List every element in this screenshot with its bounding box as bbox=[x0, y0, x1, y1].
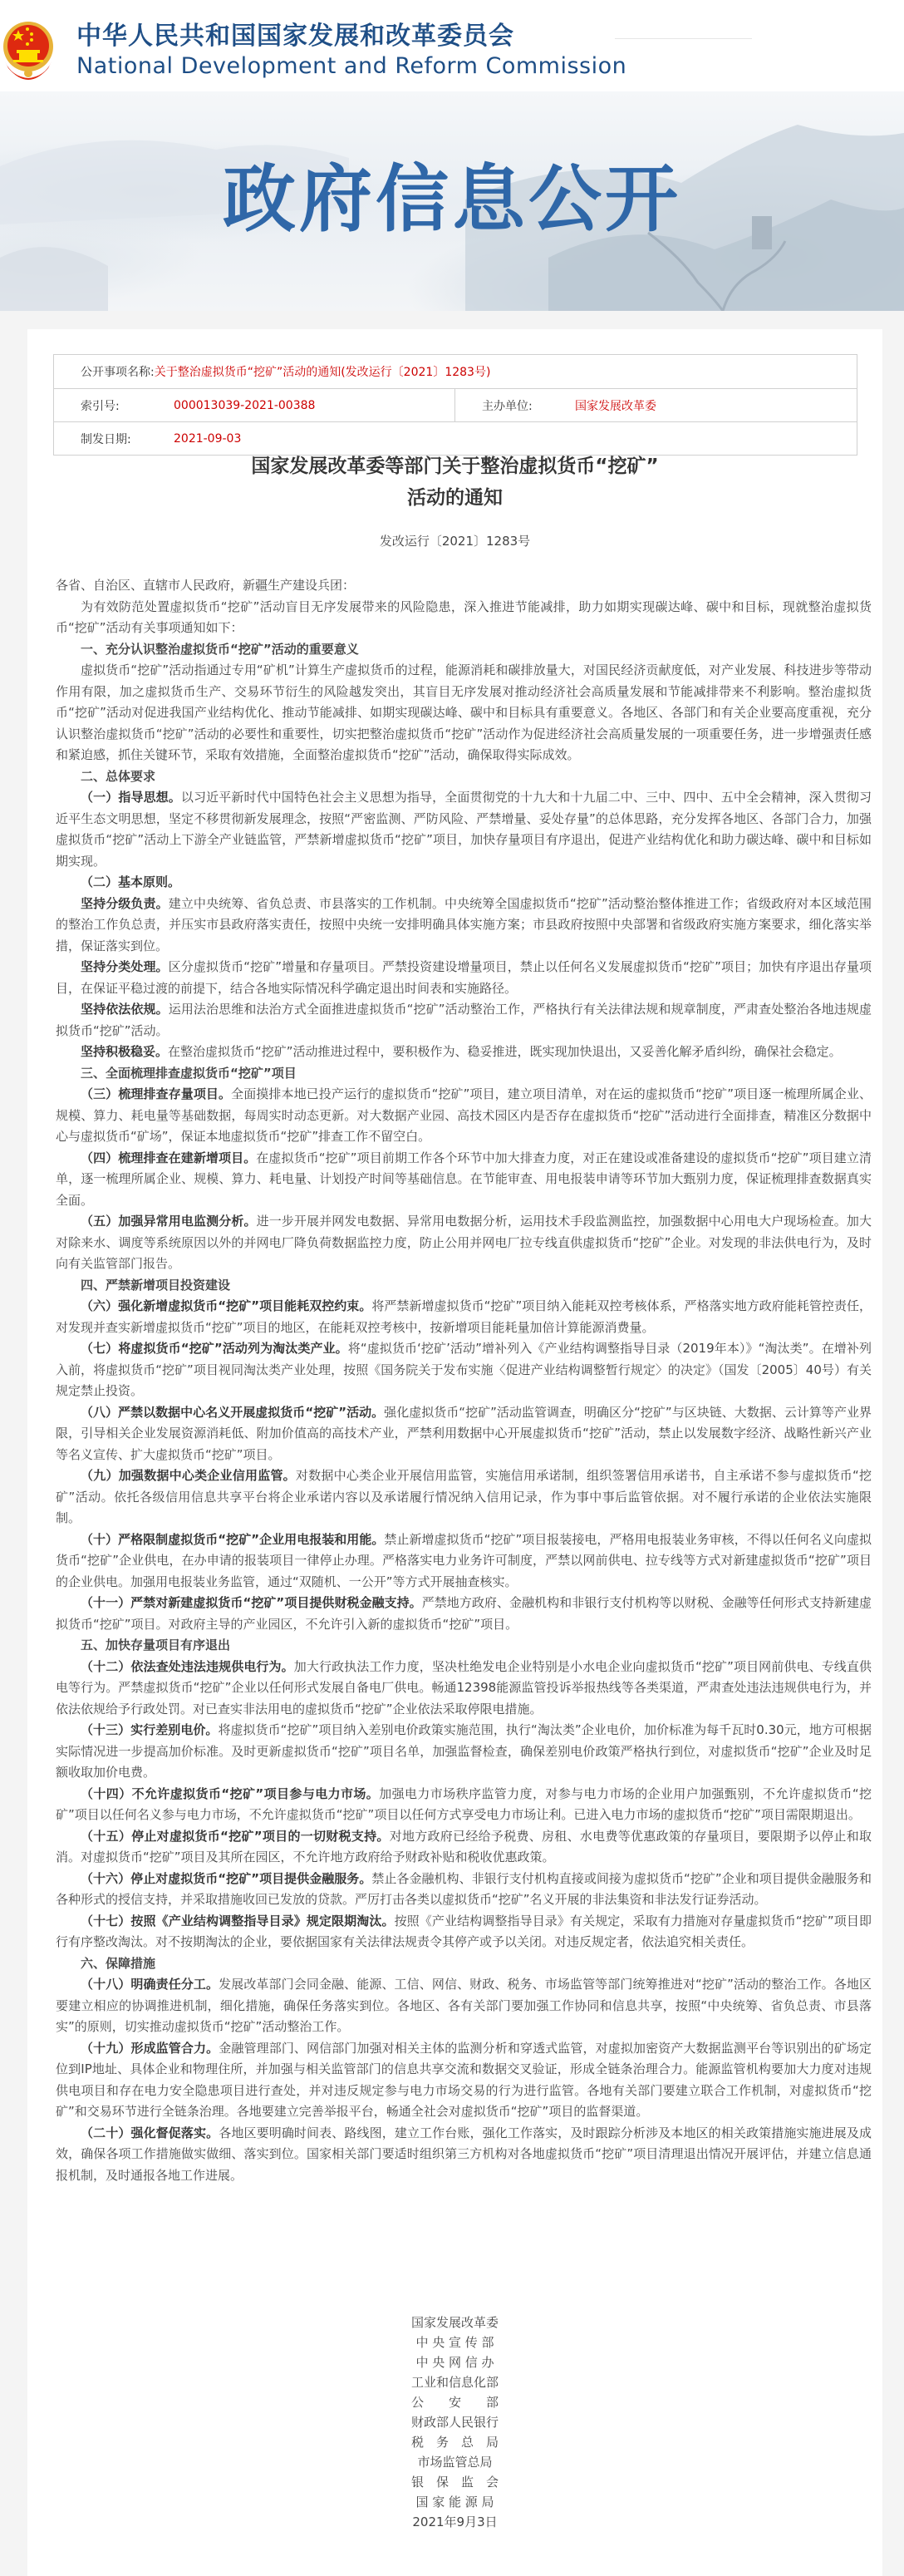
clause-12-lead: （十二）依法查处违法违规供电行为。 bbox=[81, 1659, 294, 1674]
index-label: 索引号: bbox=[81, 397, 174, 414]
section-3-heading: 三、全面梳理排查虚拟货币“挖矿”项目 bbox=[56, 1063, 872, 1085]
section-5-heading: 五、加快存量项目有序退出 bbox=[56, 1635, 872, 1657]
principle-d-text: 在整治虚拟货币“挖矿”活动推进过程中，要积极作为、稳妥推进，既实现加快退出，又妥… bbox=[168, 1044, 842, 1059]
clause-17-lead: （十七）按照《产业结构调整指导目录》规定限期淘汰。 bbox=[81, 1914, 395, 1928]
clause-9: （九）加强数据中心类企业信用监管。对数据中心类企业开展信用监管，实施信用承诺制，… bbox=[56, 1465, 872, 1529]
clause-10-lead: （十）严格限制虚拟货币“挖矿”企业用电报装和用能。 bbox=[81, 1532, 384, 1547]
clause-11: （十一）严禁对新建虚拟货币“挖矿”项目提供财税金融支持。严禁地方政府、金融机构和… bbox=[56, 1593, 872, 1635]
org-name-english: National Development and Reform Commissi… bbox=[76, 53, 626, 79]
clause-2: （二）基本原则。 bbox=[56, 872, 872, 894]
clause-1: （一）指导思想。以习近平新时代中国特色社会主义思想为指导，全面贯彻党的十九大和十… bbox=[56, 787, 872, 872]
principle-c-lead: 坚持依法依规。 bbox=[81, 1002, 169, 1017]
clause-13-lead: （十三）实行差别电价。 bbox=[81, 1722, 218, 1737]
hero-banner: 政府信息公开 bbox=[0, 91, 904, 311]
clause-7: （七）将虚拟货币“挖矿”活动列为淘汰类产业。将“虚拟货币‘挖矿’活动”增补列入《… bbox=[56, 1338, 872, 1402]
clause-5-lead: （五）加强异常用电监测分析。 bbox=[81, 1214, 257, 1229]
section-1-heading: 一、充分认识整治虚拟货币“挖矿”活动的重要意义 bbox=[56, 639, 872, 661]
document-info-table: 公开事项名称: 关于整治虚拟货币“挖矿”活动的通知(发改运行〔2021〕1283… bbox=[53, 354, 857, 456]
clause-20-lead: （二十）强化督促落实。 bbox=[81, 2125, 219, 2140]
issuer-signatures: 国家发展改革委 中 央 宣 传 部 中 央 网 信 办 工业和信息化部 公 安 … bbox=[27, 2312, 882, 2532]
clause-6: （六）强化新增虚拟货币“挖矿”项目能耗双控约束。将严禁新增虚拟货币“挖矿”项目纳… bbox=[56, 1296, 872, 1338]
clause-18-lead: （十八）明确责任分工。 bbox=[81, 1977, 219, 1992]
site-header: 中华人民共和国国家发展和改革委员会 National Development a… bbox=[0, 0, 904, 91]
document-number: 发改运行〔2021〕1283号 bbox=[27, 532, 882, 549]
clause-8: （八）严禁以数据中心名义开展虚拟货币“挖矿”活动。强化虚拟货币“挖矿”活动监管调… bbox=[56, 1402, 872, 1466]
clause-15: （十五）停止对虚拟货币“挖矿”项目的一切财税支持。对地方政府已经给予税费、房租、… bbox=[56, 1826, 872, 1869]
principle-c: 坚持依法依规。运用法治思维和法治方式全面推进虚拟货币“挖矿”活动整治工作，严格执… bbox=[56, 999, 872, 1042]
principle-b-text: 区分虚拟货币“挖矿”增量和存量项目。严禁投资建设增量项目，禁止以任何名义发展虚拟… bbox=[56, 959, 872, 996]
host-label: 主办单位: bbox=[482, 397, 575, 414]
national-emblem-icon bbox=[2, 18, 55, 83]
date-label: 制发日期: bbox=[81, 431, 174, 447]
item-name-label: 公开事项名称: bbox=[81, 363, 155, 380]
issuer: 财政部人民银行 bbox=[27, 2412, 882, 2432]
clause-11-lead: （十一）严禁对新建虚拟货币“挖矿”项目提供财税金融支持。 bbox=[81, 1595, 422, 1610]
principle-c-text: 运用法治思维和法治方式全面推进虚拟货币“挖矿”活动整治工作，严格执行有关法律法规… bbox=[56, 1002, 872, 1038]
clause-10: （十）严格限制虚拟货币“挖矿”企业用电报装和用能。禁止新增虚拟货币“挖矿”项目报… bbox=[56, 1529, 872, 1593]
hero-title: 政府信息公开 bbox=[0, 141, 904, 246]
document-title: 国家发展改革委等部门关于整治虚拟货币“挖矿” 活动的通知 bbox=[27, 451, 882, 514]
clause-12: （十二）依法查处违法违规供电行为。加大行政执法工作力度，坚决杜绝发电企业特别是小… bbox=[56, 1657, 872, 1721]
info-row-index: 索引号: 000013039-2021-00388 主办单位: 国家发展改革委 bbox=[54, 388, 857, 421]
date-value: 2021-09-03 bbox=[174, 432, 241, 446]
principle-d-lead: 坚持积极稳妥。 bbox=[81, 1044, 168, 1059]
clause-4-lead: （四）梳理排查在建新增项目。 bbox=[81, 1150, 256, 1165]
info-row-item-name: 公开事项名称: 关于整治虚拟货币“挖矿”活动的通知(发改运行〔2021〕1283… bbox=[54, 355, 857, 388]
clause-14-lead: （十四）不允许虚拟货币“挖矿”项目参与电力市场。 bbox=[81, 1786, 379, 1801]
clause-1-lead: （一）指导思想。 bbox=[81, 790, 181, 805]
issuer: 国家发展改革委 bbox=[27, 2312, 882, 2332]
clause-3-lead: （三）梳理排查存量项目。 bbox=[81, 1086, 231, 1101]
clause-19: （十九）形成监管合力。金融管理部门、网信部门加强对相关主体的监测分析和穿透式监管… bbox=[56, 2038, 872, 2123]
clause-17: （十七）按照《产业结构调整指导目录》规定限期淘汰。按照《产业结构调整指导目录》有… bbox=[56, 1911, 872, 1953]
issue-date: 2021年9月3日 bbox=[27, 2512, 882, 2532]
clause-15-lead: （十五）停止对虚拟货币“挖矿”项目的一切财税支持。 bbox=[81, 1829, 390, 1844]
section-1-paragraph: 虚拟货币“挖矿”活动指通过专用“矿机”计算生产虚拟货币的过程，能源消耗和碳排放量… bbox=[56, 660, 872, 766]
clause-14: （十四）不允许虚拟货币“挖矿”项目参与电力市场。加强电力市场秩序监管力度，对参与… bbox=[56, 1784, 872, 1826]
section-4-heading: 四、严禁新增项目投资建设 bbox=[56, 1275, 872, 1297]
clause-4: （四）梳理排查在建新增项目。在虚拟货币“挖矿”项目前期工作各个环节中加大排查力度… bbox=[56, 1148, 872, 1212]
info-row-date: 制发日期: 2021-09-03 bbox=[54, 421, 857, 455]
clause-9-lead: （九）加强数据中心类企业信用监管。 bbox=[81, 1468, 296, 1483]
host-value: 国家发展改革委 bbox=[575, 397, 656, 414]
intro-paragraph: 为有效防范处置虚拟货币“挖矿”活动盲目无序发展带来的风险隐患，深入推进节能减排，… bbox=[56, 597, 872, 639]
clause-7-lead: （七）将虚拟货币“挖矿”活动列为淘汰类产业。 bbox=[81, 1341, 348, 1356]
clause-13: （十三）实行差别电价。将虚拟货币“挖矿”项目纳入差别电价政策实施范围，执行“淘汰… bbox=[56, 1720, 872, 1784]
principle-a-text: 建立中央统筹、省负总责、市县落实的工作机制。中央统筹全国虚拟货币“挖矿”活动整治… bbox=[56, 896, 872, 953]
clause-19-lead: （十九）形成监管合力。 bbox=[81, 2041, 219, 2056]
principle-b-lead: 坚持分类处理。 bbox=[81, 959, 169, 974]
clause-5: （五）加强异常用电监测分析。进一步开展并网发电数据、异常用电数据分析，运用技术手… bbox=[56, 1211, 872, 1275]
content-card: 公开事项名称: 关于整治虚拟货币“挖矿”活动的通知(发改运行〔2021〕1283… bbox=[27, 329, 882, 2576]
clause-16-lead: （十六）停止对虚拟货币“挖矿”项目提供金融服务。 bbox=[81, 1871, 371, 1886]
section-2-heading: 二、总体要求 bbox=[56, 766, 872, 788]
clause-6-lead: （六）强化新增虚拟货币“挖矿”项目能耗双控约束。 bbox=[81, 1298, 371, 1313]
issuer: 市场监管总局 bbox=[27, 2452, 882, 2472]
clause-2-lead: （二）基本原则。 bbox=[81, 874, 180, 889]
section-6-heading: 六、保障措施 bbox=[56, 1953, 872, 1975]
org-name-chinese: 中华人民共和国国家发展和改革委员会 bbox=[76, 15, 514, 52]
issuer: 国 家 能 源 局 bbox=[27, 2492, 882, 2512]
issuer: 工业和信息化部 bbox=[27, 2372, 882, 2392]
principle-d: 坚持积极稳妥。在整治虚拟货币“挖矿”活动推进过程中，要积极作为、稳妥推进，既实现… bbox=[56, 1042, 872, 1063]
index-value: 000013039-2021-00388 bbox=[174, 399, 315, 412]
clause-18: （十八）明确责任分工。发展改革部门会同金融、能源、工信、网信、财政、税务、市场监… bbox=[56, 1974, 872, 2038]
header-divider bbox=[615, 38, 752, 39]
document-body: 各省、自治区、直辖市人民政府，新疆生产建设兵团： 为有效防范处置虚拟货币“挖矿”… bbox=[56, 575, 872, 2186]
issuer: 银 保 监 会 bbox=[27, 2472, 882, 2492]
document-title-line1: 国家发展改革委等部门关于整治虚拟货币“挖矿” bbox=[251, 456, 658, 477]
principle-a: 坚持分级负责。建立中央统筹、省负总责、市县落实的工作机制。中央统筹全国虚拟货币“… bbox=[56, 894, 872, 958]
clause-16: （十六）停止对虚拟货币“挖矿”项目提供金融服务。禁止各金融机构、非银行支付机构直… bbox=[56, 1869, 872, 1911]
salutation: 各省、自治区、直辖市人民政府，新疆生产建设兵团： bbox=[56, 575, 872, 597]
principle-b: 坚持分类处理。区分虚拟货币“挖矿”增量和存量项目。严禁投资建设增量项目，禁止以任… bbox=[56, 957, 872, 999]
issuer: 公 安 部 bbox=[27, 2392, 882, 2412]
clause-8-lead: （八）严禁以数据中心名义开展虚拟货币“挖矿”活动。 bbox=[81, 1405, 384, 1420]
principle-a-lead: 坚持分级负责。 bbox=[81, 896, 169, 911]
item-name-value: 关于整治虚拟货币“挖矿”活动的通知(发改运行〔2021〕1283号) bbox=[155, 363, 491, 380]
document-title-line2: 活动的通知 bbox=[407, 487, 503, 509]
issuer: 中 央 宣 传 部 bbox=[27, 2332, 882, 2352]
issuer: 中 央 网 信 办 bbox=[27, 2352, 882, 2372]
clause-20: （二十）强化督促落实。各地区要明确时间表、路线图，建立工作台账，强化工作落实，及… bbox=[56, 2123, 872, 2187]
issuer: 税 务 总 局 bbox=[27, 2432, 882, 2452]
clause-3: （三）梳理排查存量项目。全面摸排本地已投产运行的虚拟货币“挖矿”项目，建立项目清… bbox=[56, 1084, 872, 1148]
